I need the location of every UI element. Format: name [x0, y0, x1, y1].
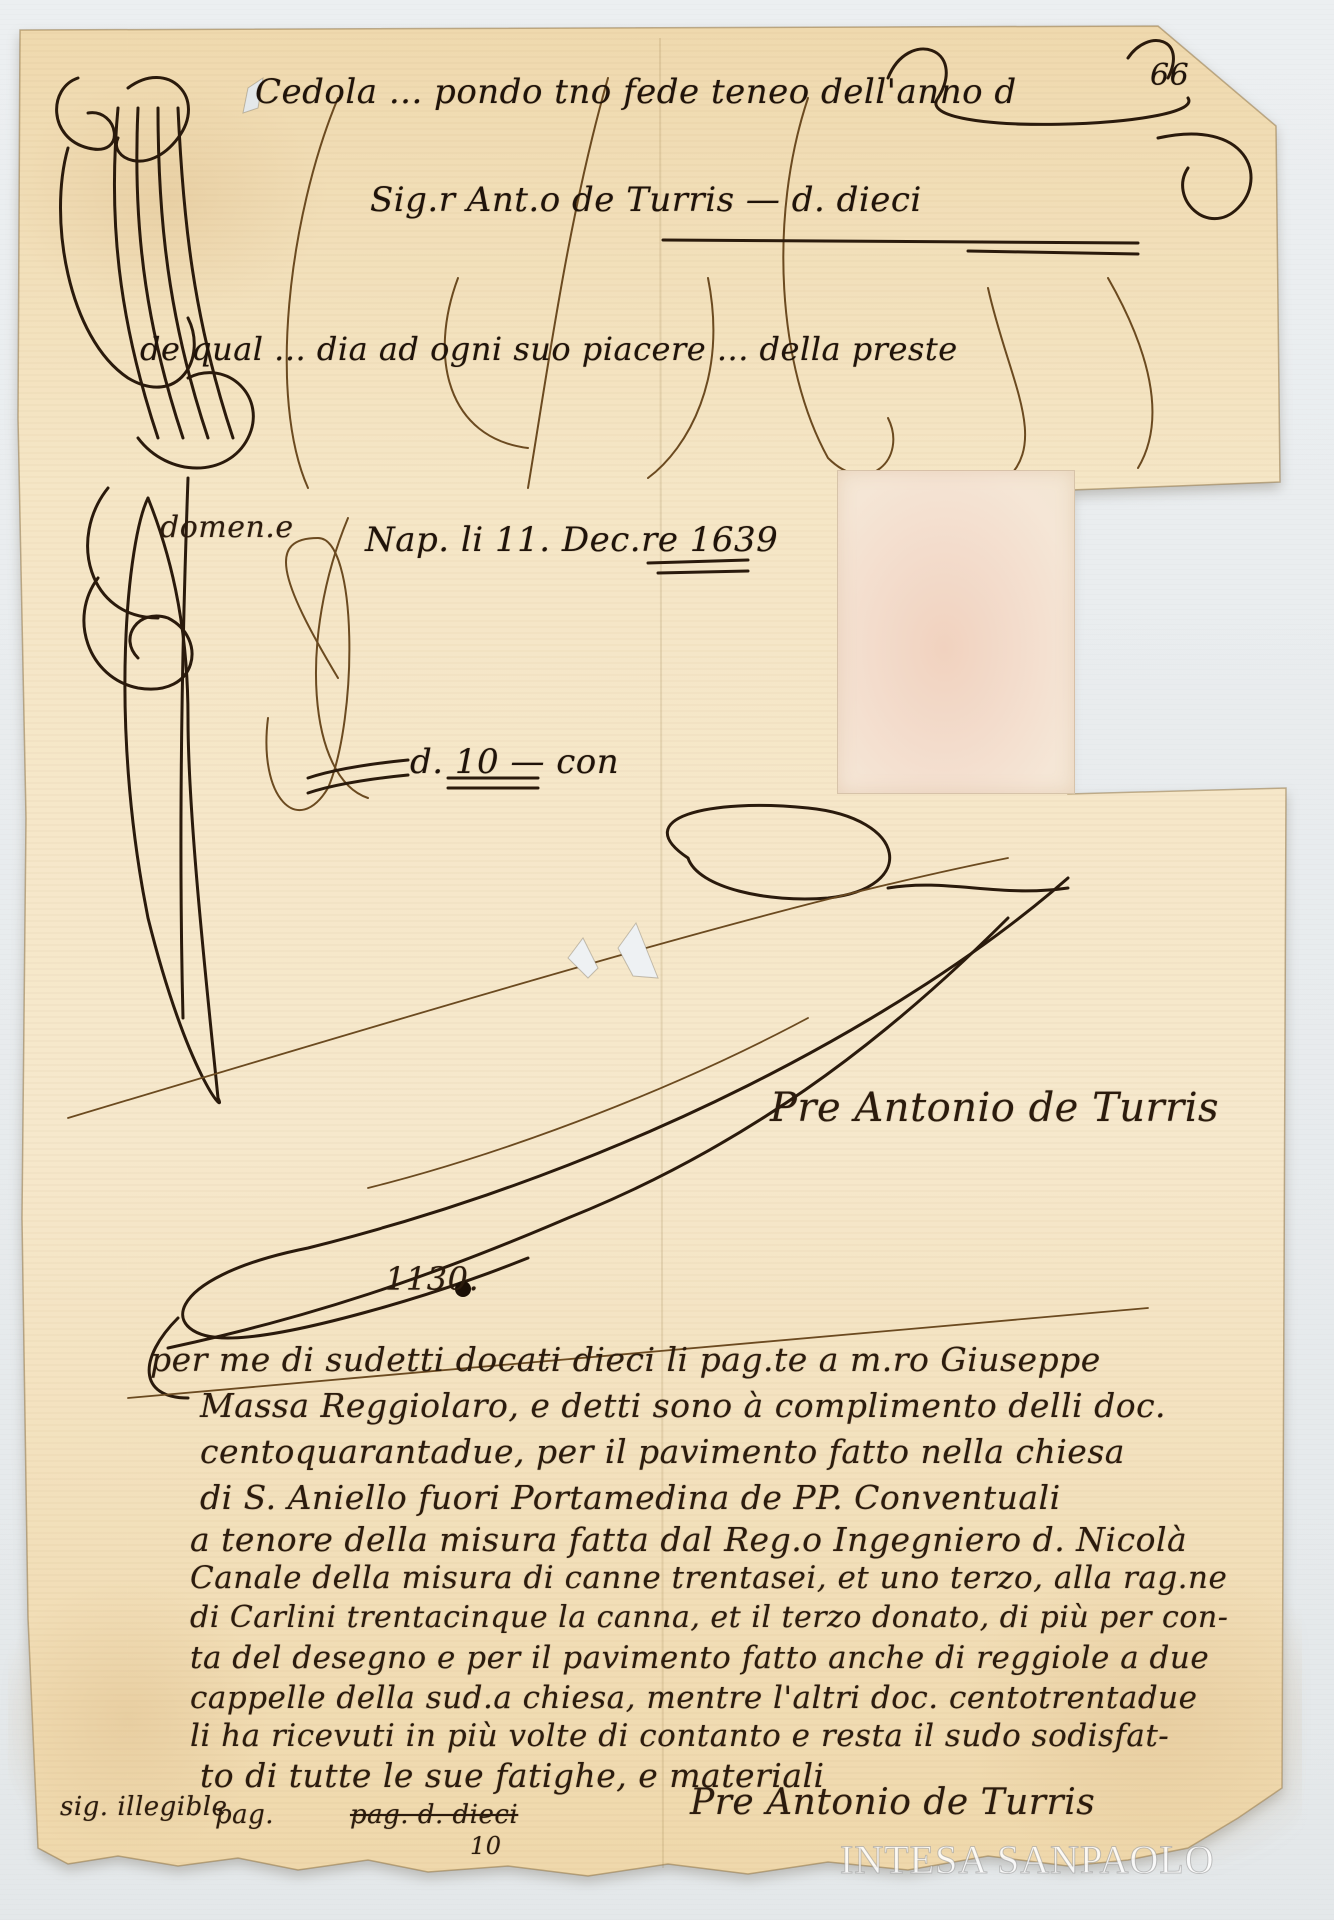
signature-bottom: Pre Antonio de Turris: [690, 1782, 1095, 1823]
body-line-5: a tenore della misura fatta dal Reg.o In…: [190, 1520, 1187, 1559]
footer-mark-4: 10: [470, 1832, 502, 1860]
body-line-8: ta del desegno e per il pavimento fatto …: [190, 1640, 1209, 1676]
folio-number: 66: [1150, 58, 1189, 93]
body-line-4: di S. Aniello fuori Portamedina de PP. C…: [200, 1478, 1061, 1517]
header-line-2: Sig.r Ant.o de Turris — d. dieci: [370, 180, 922, 220]
footer-mark-1: sig. illegible: [60, 1792, 227, 1822]
body-line-7: di Carlini trentacinque la canna, et il …: [190, 1600, 1228, 1635]
body-line-2: Massa Reggiolaro, e detti sono à complim…: [200, 1386, 1166, 1425]
watermark-text: INTESA SANPAOLO: [840, 1836, 1215, 1883]
seal-remnant-patch: [837, 470, 1075, 794]
footer-mark-3: pag. d. dieci: [350, 1800, 518, 1830]
date-line: Nap. li 11. Dec.re 1639: [365, 520, 778, 560]
body-line-6: Canale della misura di canne trentasei, …: [190, 1560, 1227, 1596]
amount-line: d. 10 — con: [410, 742, 619, 782]
body-line-10: li ha ricevuti in più volte di contanto …: [190, 1718, 1169, 1754]
signature-antonio-de-turris: Pre Antonio de Turris: [770, 1085, 1219, 1131]
footer-mark-2: pag.: [215, 1800, 274, 1830]
amount-note: 1130.: [385, 1260, 479, 1298]
body-line-9: cappelle della sud.a chiesa, mentre l'al…: [190, 1680, 1197, 1716]
body-line-1: per me di sudetti docati dieci li pag.te…: [150, 1340, 1101, 1379]
intesa-sanpaolo-watermark: INTESA SANPAOLO: [840, 1836, 1215, 1883]
header-line-1: Cedola ... pondo tno fede teneo dell'ann…: [255, 72, 1017, 112]
body-line-3: centoquarantadue, per il pavimento fatto…: [200, 1432, 1125, 1471]
header-line-3: de qual ... dia ad ogni suo piacere ... …: [140, 330, 958, 368]
margin-word: domen.e: [160, 510, 294, 545]
